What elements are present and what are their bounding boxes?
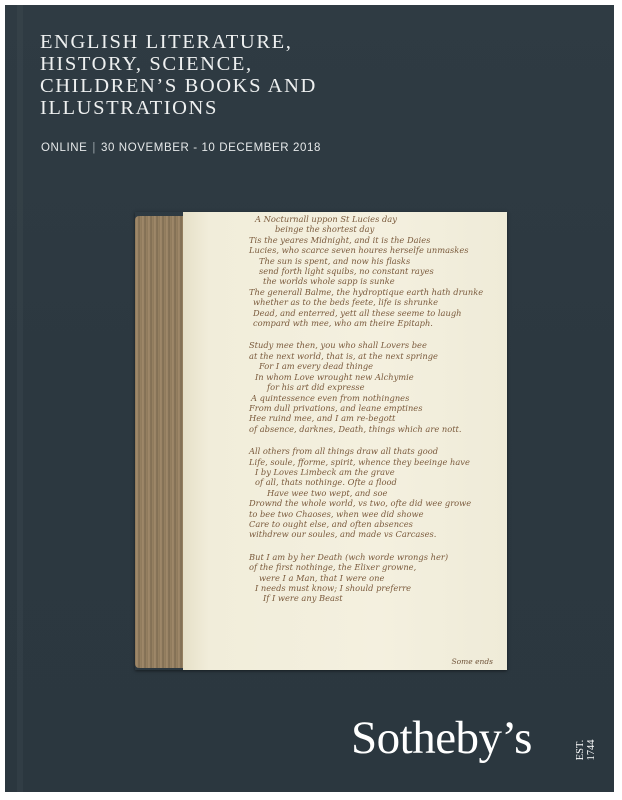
stanza-gap (249, 328, 499, 340)
manuscript-line: of absence, darknes, Death, things which… (249, 424, 499, 434)
manuscript-line: whether as to the beds feete, life is sh… (249, 297, 499, 307)
catalogue-cover: ENGLISH LITERATURE, HISTORY, SCIENCE, CH… (5, 5, 614, 792)
manuscript-line: Drownd the whole world, vs two, ofte did… (249, 498, 499, 508)
manuscript-line: If I were any Beast (249, 593, 499, 603)
established-mark: EST. 1744 (571, 723, 601, 767)
catalogue-title: ENGLISH LITERATURE, HISTORY, SCIENCE, CH… (40, 31, 380, 119)
manuscript-line: From dull privations, and leane emptines (249, 403, 499, 413)
manuscript-line: to bee two Chaoses, when wee did showe (249, 509, 499, 519)
title-line: CHILDREN’S BOOKS AND (40, 75, 380, 97)
est-label: EST. (575, 727, 586, 773)
separator: | (92, 142, 96, 154)
manuscript-line: Hee ruind mee, and I am re-begott (249, 413, 499, 423)
manuscript-line: A Nocturnall uppon St Lucies day (249, 214, 499, 224)
book-fore-edge (135, 216, 183, 668)
title-line: ENGLISH LITERATURE, (40, 31, 380, 53)
manuscript-line: A quintessence even from nothingnes (249, 393, 499, 403)
manuscript-line: In whom Love wrought new Alchymie (249, 372, 499, 382)
manuscript-line: For I am every dead thinge (249, 361, 499, 371)
title-line: HISTORY, SCIENCE, (40, 53, 380, 75)
manuscript-line: The sun is spent, and now his flasks (249, 256, 499, 266)
manuscript-line: were I a Man, that I were one (249, 573, 499, 583)
manuscript-line: compard wth mee, who am theire Epitaph. (249, 318, 499, 328)
manuscript-line: Study mee then, you who shall Lovers bee (249, 340, 499, 350)
manuscript-page: A Nocturnall uppon St Lucies day beinge … (183, 212, 507, 670)
manuscript-line: Life, soule, fforme, spirit, whence they… (249, 457, 499, 467)
manuscript-line: Dead, and enterred, yett all these seeme… (249, 308, 499, 318)
manuscript-line: withdrew our soules, and made vs Carcase… (249, 529, 499, 539)
stanza-gap (249, 434, 499, 446)
manuscript-line: Lucies, who scarce seven houres herselfe… (249, 245, 499, 255)
stanza-gap (249, 540, 499, 552)
manuscript-line: at the next world, that is, at the next … (249, 351, 499, 361)
manuscript-line: of the first nothinge, the Elixer growne… (249, 562, 499, 572)
sale-details: ONLINE|30 NOVEMBER - 10 DECEMBER 2018 (41, 142, 321, 154)
manuscript-line: for his art did expresse (249, 382, 499, 392)
sale-location: ONLINE (41, 142, 87, 154)
manuscript-line: I by Loves Limbeck am the grave (249, 467, 499, 477)
est-year: 1744 (586, 727, 597, 773)
manuscript-line: of all, thats nothinge. Ofte a flood (249, 477, 499, 487)
catchword: Some ends (451, 657, 493, 666)
manuscript-line: Have wee two wept, and soe (249, 488, 499, 498)
manuscript-line: Tis the yeares Midnight, and it is the D… (249, 235, 499, 245)
manuscript-line: But I am by her Death (wch worde wrongs … (249, 552, 499, 562)
sothebys-logo: Sotheby’s (351, 712, 532, 764)
manuscript-text: A Nocturnall uppon St Lucies day beinge … (249, 214, 499, 604)
manuscript-book-image: A Nocturnall uppon St Lucies day beinge … (135, 212, 507, 670)
manuscript-line: Care to ought else, and often absences (249, 519, 499, 529)
manuscript-line: the worlds whole sapp is sunke (249, 276, 499, 286)
manuscript-line: I needs must know; I should preferre (249, 583, 499, 593)
sale-dates: 30 NOVEMBER - 10 DECEMBER 2018 (101, 142, 321, 154)
title-line: ILLUSTRATIONS (40, 97, 380, 119)
manuscript-line: beinge the shortest day (249, 224, 499, 234)
manuscript-line: All others from all things draw all that… (249, 446, 499, 456)
manuscript-line: send forth light squibs, no constant ray… (249, 266, 499, 276)
manuscript-line: The generall Balme, the hydroptique eart… (249, 287, 499, 297)
